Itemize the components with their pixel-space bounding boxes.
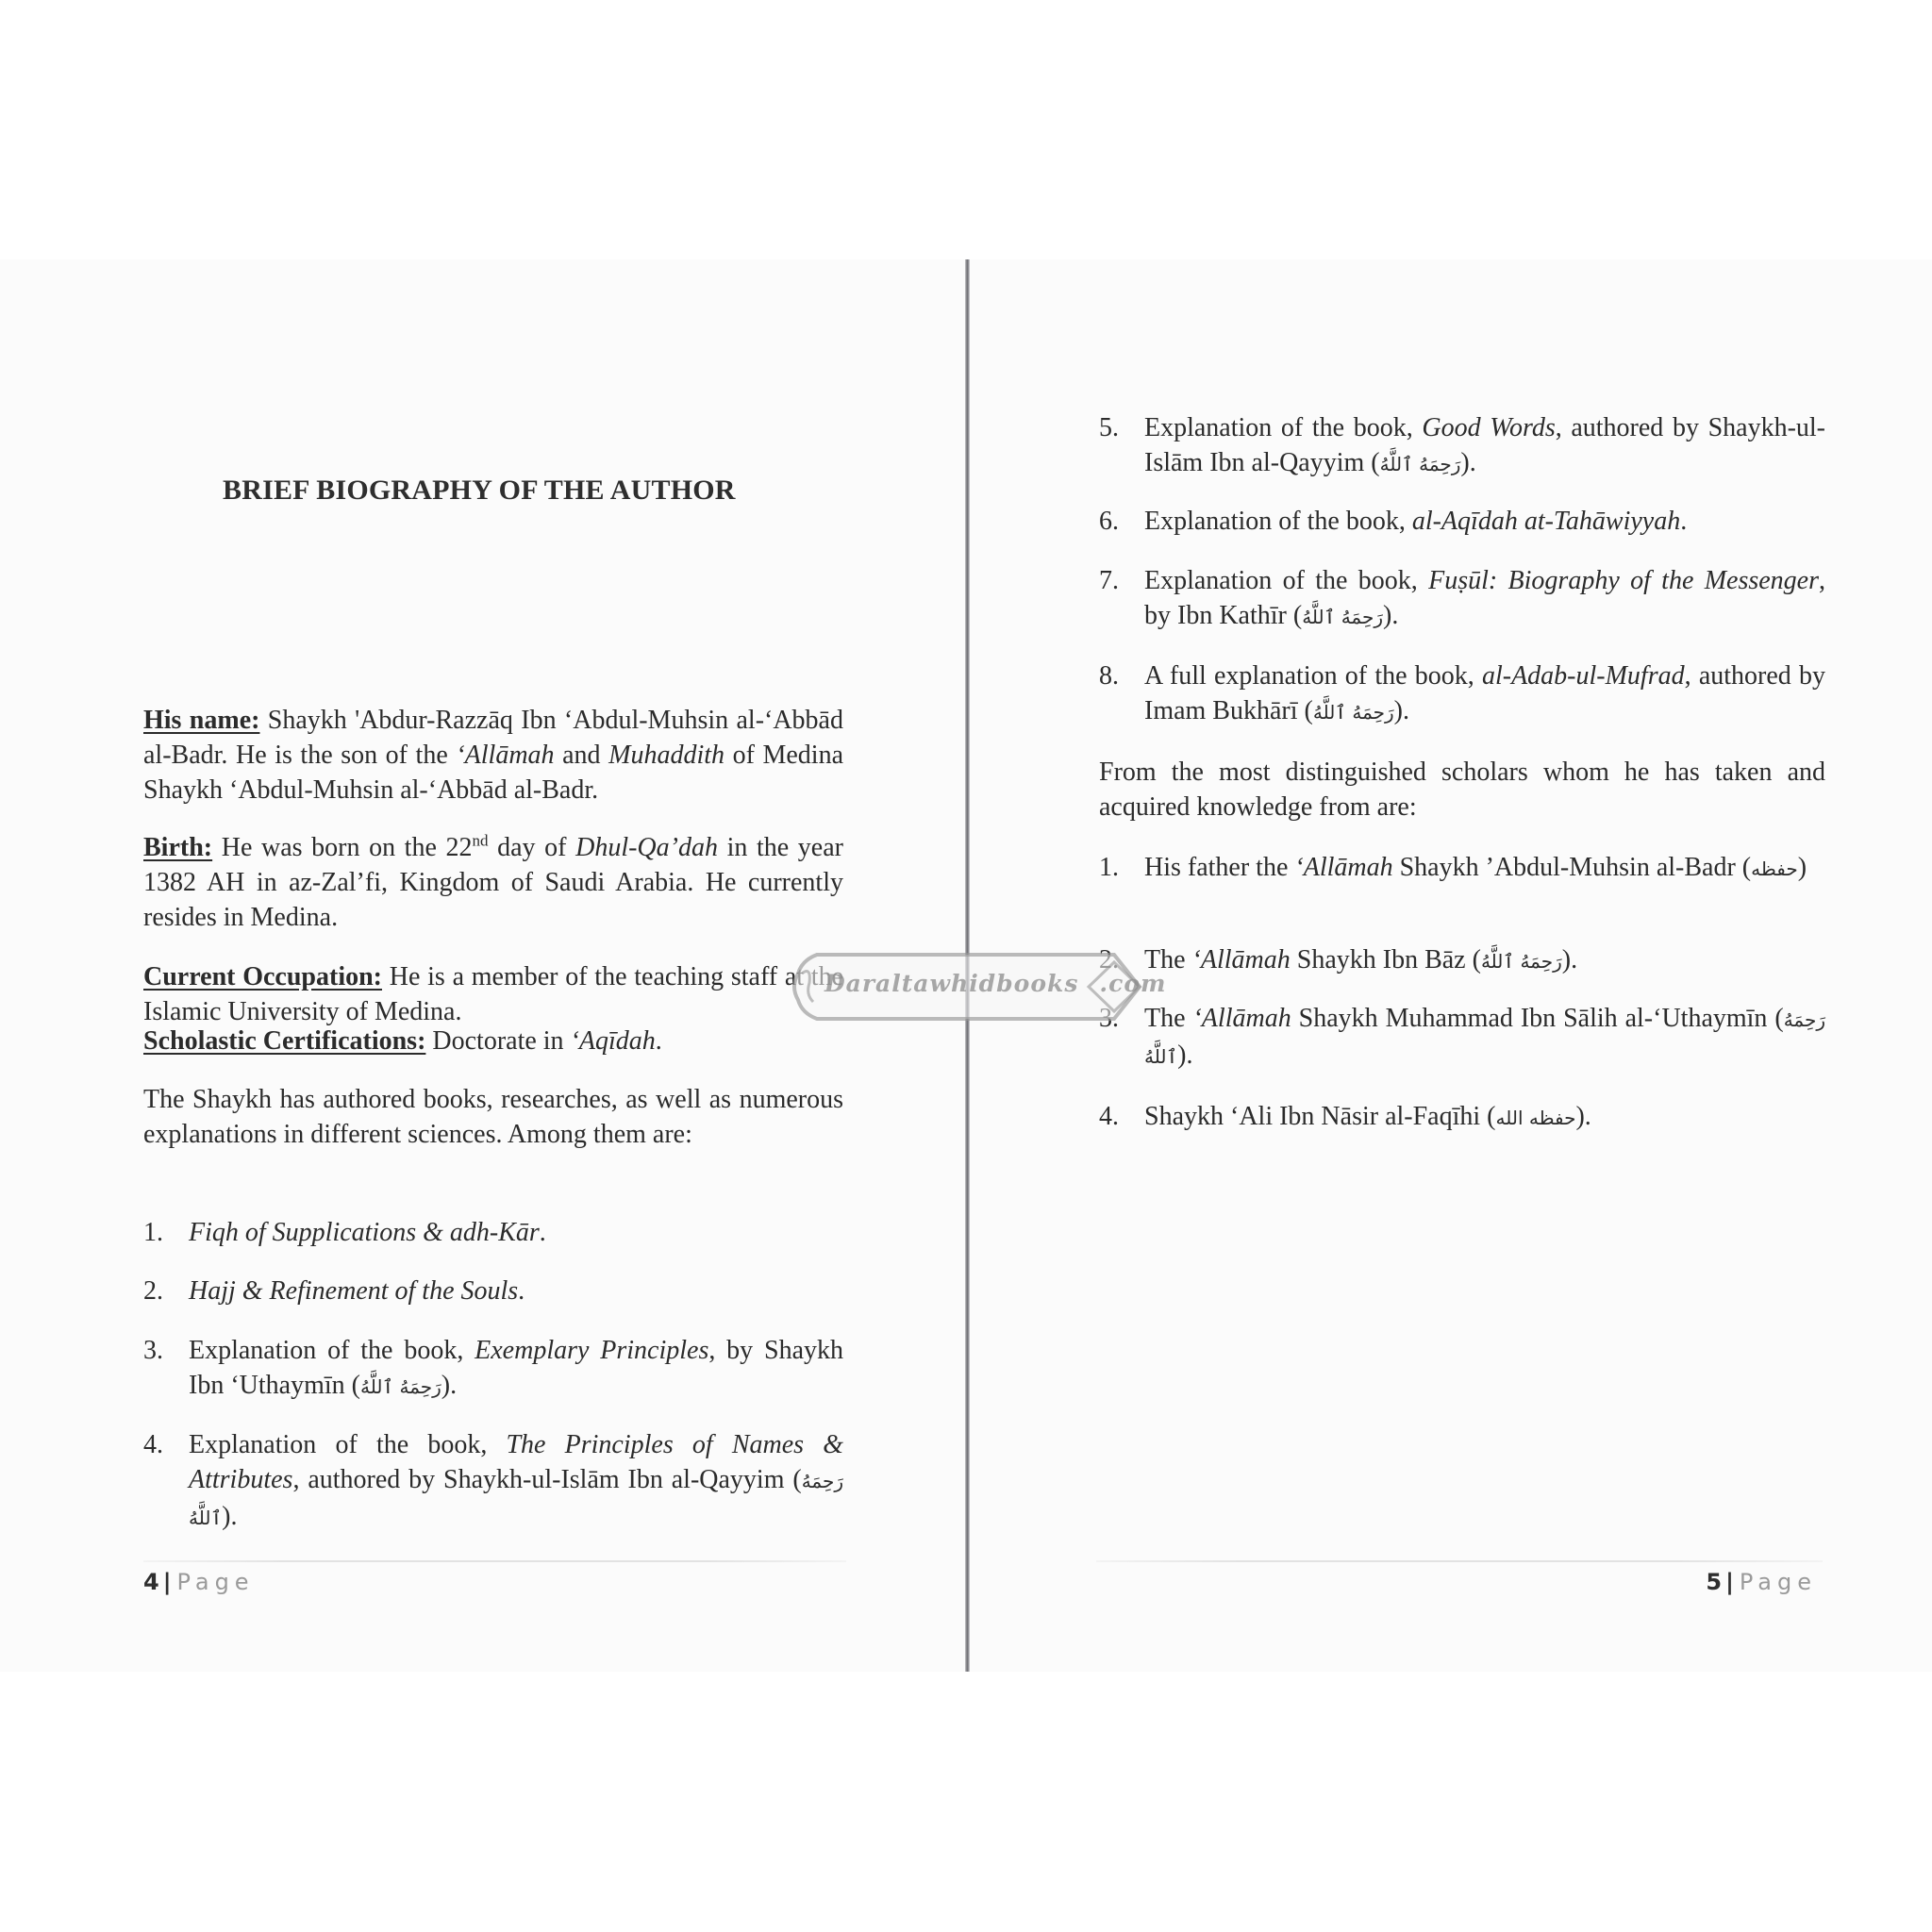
page-title: BRIEF BIOGRAPHY OF THE AUTHOR <box>223 475 736 507</box>
honorific-arabic: حفظه <box>1751 858 1798 880</box>
name-paragraph: His name: Shaykh 'Abdur-Razzāq Ibn ‘Abdu… <box>143 703 843 808</box>
honorific-arabic: رَحِمَهُ ٱللَّهُ <box>360 1375 441 1398</box>
page-number-footer: 5|Page <box>1706 1569 1817 1595</box>
name-label: His name: <box>143 706 259 735</box>
work-item: 7. Explanation of the book, Fuṣūl: Biogr… <box>1099 563 1825 635</box>
honorific-arabic: رَحِمَهُ ٱللَّهُ <box>1380 453 1461 475</box>
work-item: 4. Explanation of the book, The Principl… <box>143 1427 843 1536</box>
birth-paragraph: Birth: He was born on the 22nd day of Dh… <box>143 830 843 935</box>
occupation-paragraph: Current Occupation: He is a member of th… <box>143 959 843 1029</box>
honorific-arabic: حفظه الله <box>1496 1107 1576 1129</box>
teacher-item: 2. The ‘Allāmah Shaykh Ibn Bāz (رَحِمَهُ… <box>1099 942 1825 979</box>
work-item: 5. Explanation of the book, Good Words, … <box>1099 410 1825 482</box>
certifications-label: Scholastic Certifications: <box>143 1026 425 1056</box>
work-item: 8. A full explanation of the book, al-Ad… <box>1099 658 1825 730</box>
watermark: Daraltawhidbooks.com <box>789 945 1175 1028</box>
birth-label: Birth: <box>143 833 212 862</box>
work-item: 2. Hajj & Refinement of the Souls. <box>143 1274 843 1308</box>
honorific-arabic: رَحِمَهُ ٱللَّهُ <box>1481 950 1562 973</box>
footer-rule <box>143 1560 846 1562</box>
teacher-item: 1. His father the ‘Allāmah Shaykh ’Abdul… <box>1099 850 1825 887</box>
occupation-label: Current Occupation: <box>143 962 382 991</box>
work-item: 1. Fiqh of Supplications & adh-Kār. <box>143 1215 843 1250</box>
teachers-intro: From the most distinguished scholars who… <box>1099 755 1825 824</box>
work-item: 3. Explanation of the book, Exemplary Pr… <box>143 1333 843 1405</box>
teacher-item: 3. The ‘Allāmah Shaykh Muhammad Ibn Sāli… <box>1099 1001 1825 1074</box>
work-item: 6. Explanation of the book, al-Aqīdah at… <box>1099 504 1825 539</box>
teacher-item: 4. Shaykh ‘Ali Ibn Nāsir al-Faqīhi (حفظه… <box>1099 1099 1825 1136</box>
works-intro: The Shaykh has authored books, researche… <box>143 1082 843 1152</box>
page-number-footer: 4|Page <box>143 1569 255 1595</box>
honorific-arabic: رَحِمَهُ ٱللَّهُ <box>1302 606 1383 628</box>
footer-rule <box>1096 1560 1823 1562</box>
certifications-paragraph: Scholastic Certifications: Doctorate in … <box>143 1024 843 1058</box>
honorific-arabic: رَحِمَهُ ٱللَّهُ <box>1313 701 1394 724</box>
